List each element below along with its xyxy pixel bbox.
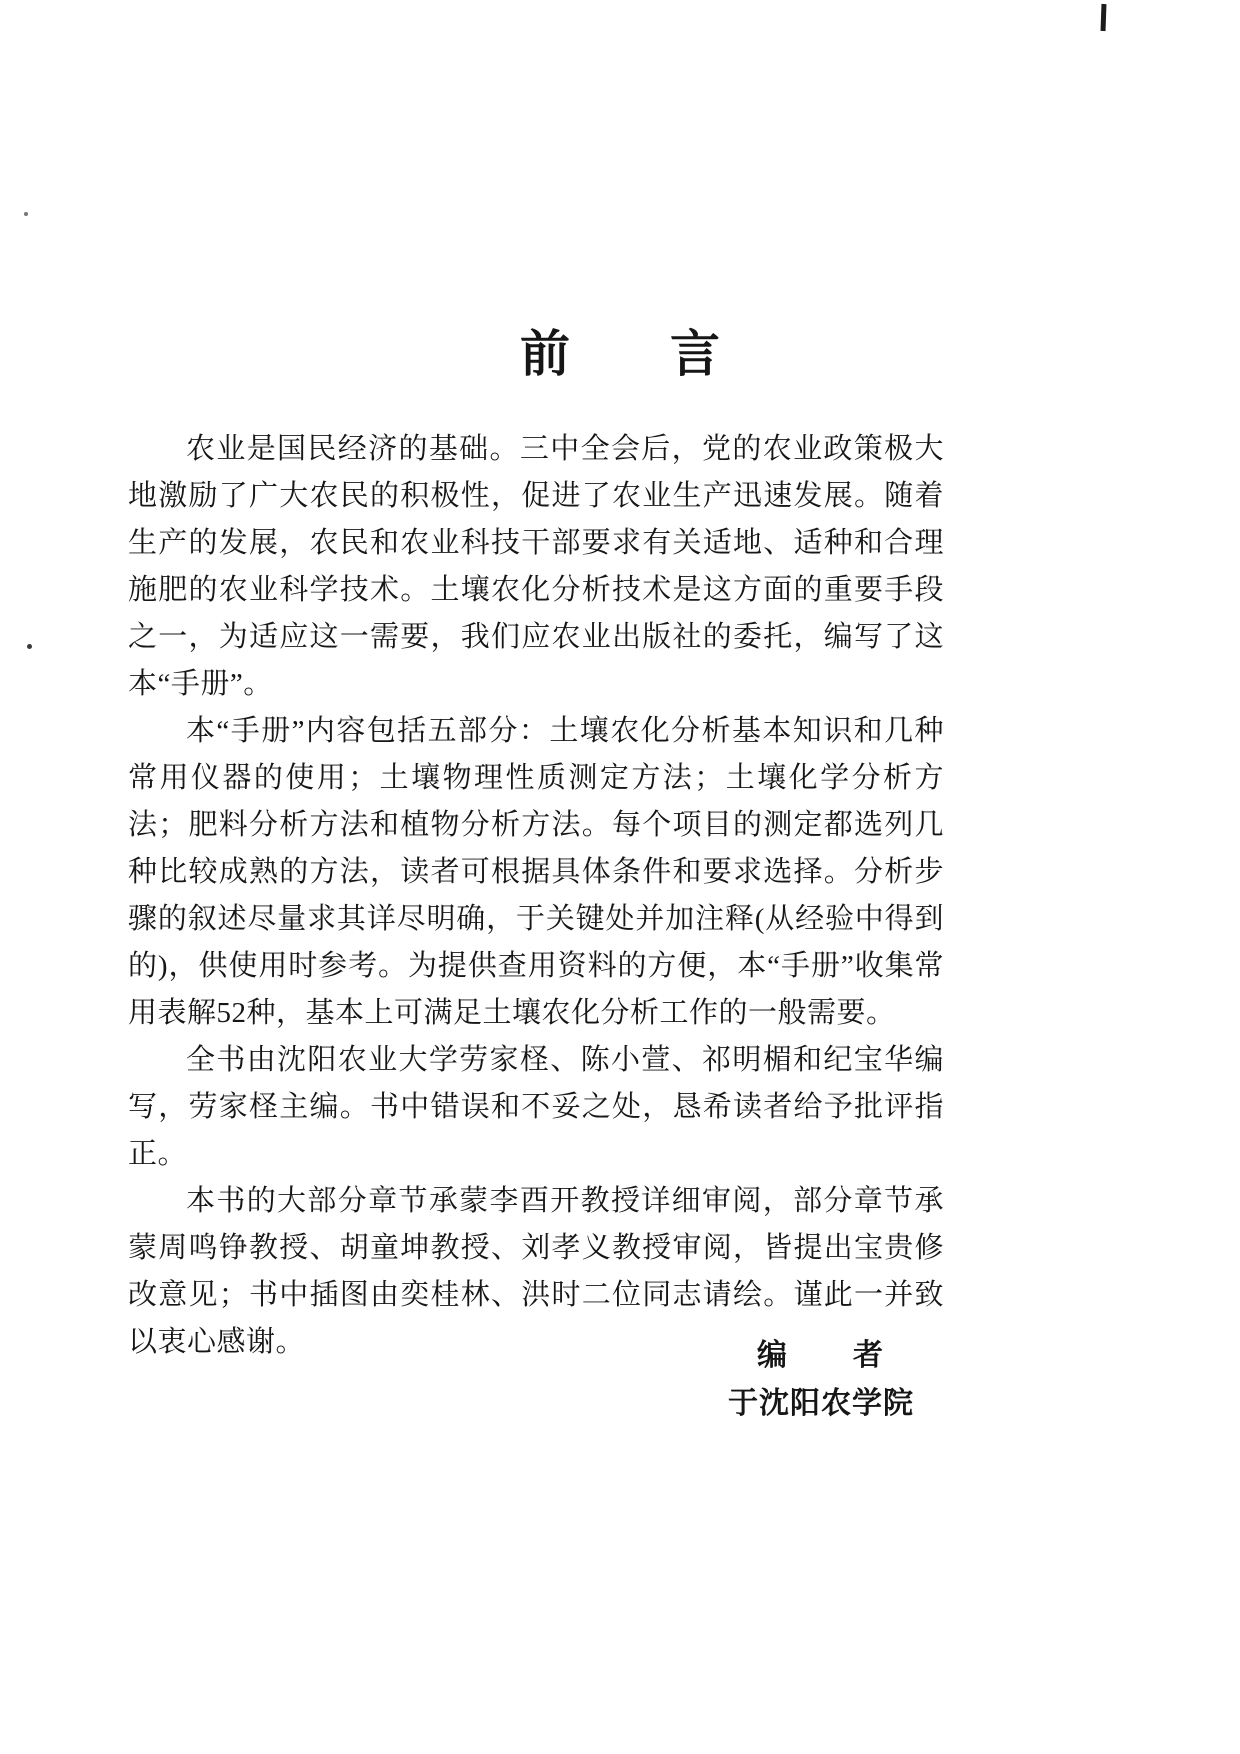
preface-body: 农业是国民经济的基础。三中全会后，党的农业政策极大地激励了广大农民的积极性，促进… (128, 426, 944, 1366)
book-page: 前 言 农业是国民经济的基础。三中全会后，党的农业政策极大地激励了广大农民的积极… (0, 0, 1240, 1754)
scan-artifact-dot-small (24, 212, 28, 216)
paragraph-2: 本“手册”内容包括五部分：土壤农化分析基本知识和几种常用仪器的使用；土壤物理性质… (128, 708, 944, 1037)
page-title: 前 言 (0, 0, 1240, 382)
scan-artifact-dot (27, 644, 32, 649)
paragraph-1: 农业是国民经济的基础。三中全会后，党的农业政策极大地激励了广大农民的积极性，促进… (128, 426, 944, 708)
signature-block: 编 者 于沈阳农学院 (728, 1332, 914, 1428)
signature-place: 于沈阳农学院 (728, 1380, 914, 1428)
scan-artifact-tick (1101, 4, 1107, 31)
signature-author: 编 者 (728, 1332, 914, 1380)
paragraph-3: 全书由沈阳农业大学劳家柽、陈小萱、祁明楣和纪宝华编写，劳家柽主编。书中错误和不妥… (128, 1037, 944, 1178)
